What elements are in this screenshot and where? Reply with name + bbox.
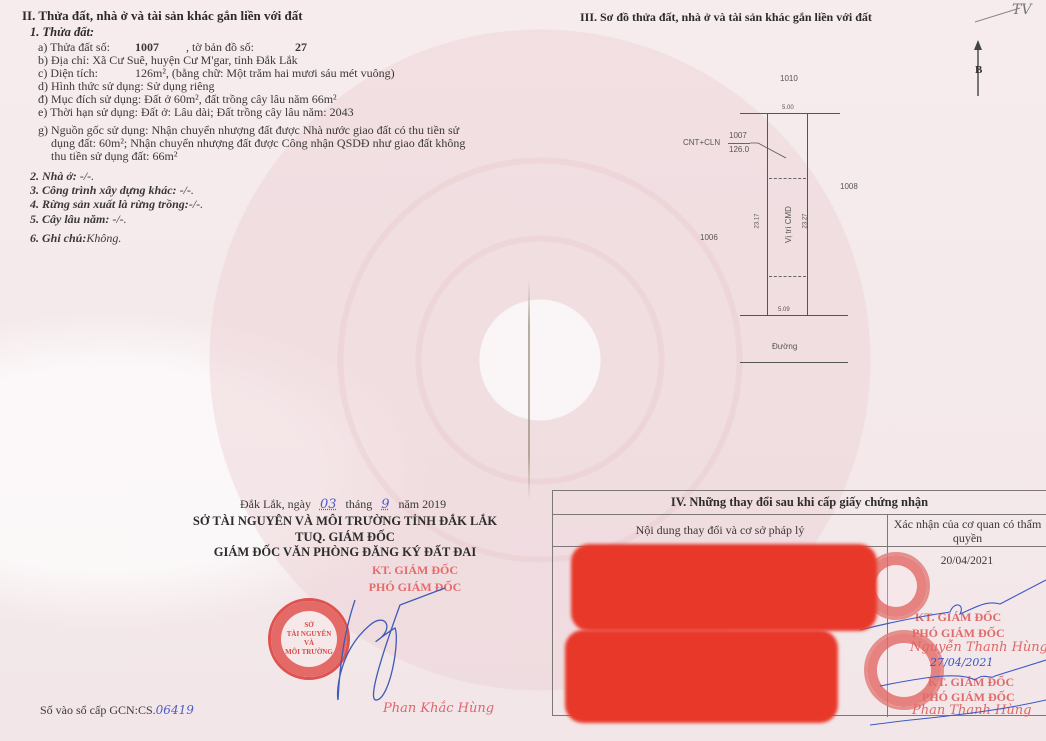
redacted-content-1	[571, 544, 877, 631]
signatures-right	[0, 0, 1046, 741]
redacted-content-2	[565, 630, 838, 723]
